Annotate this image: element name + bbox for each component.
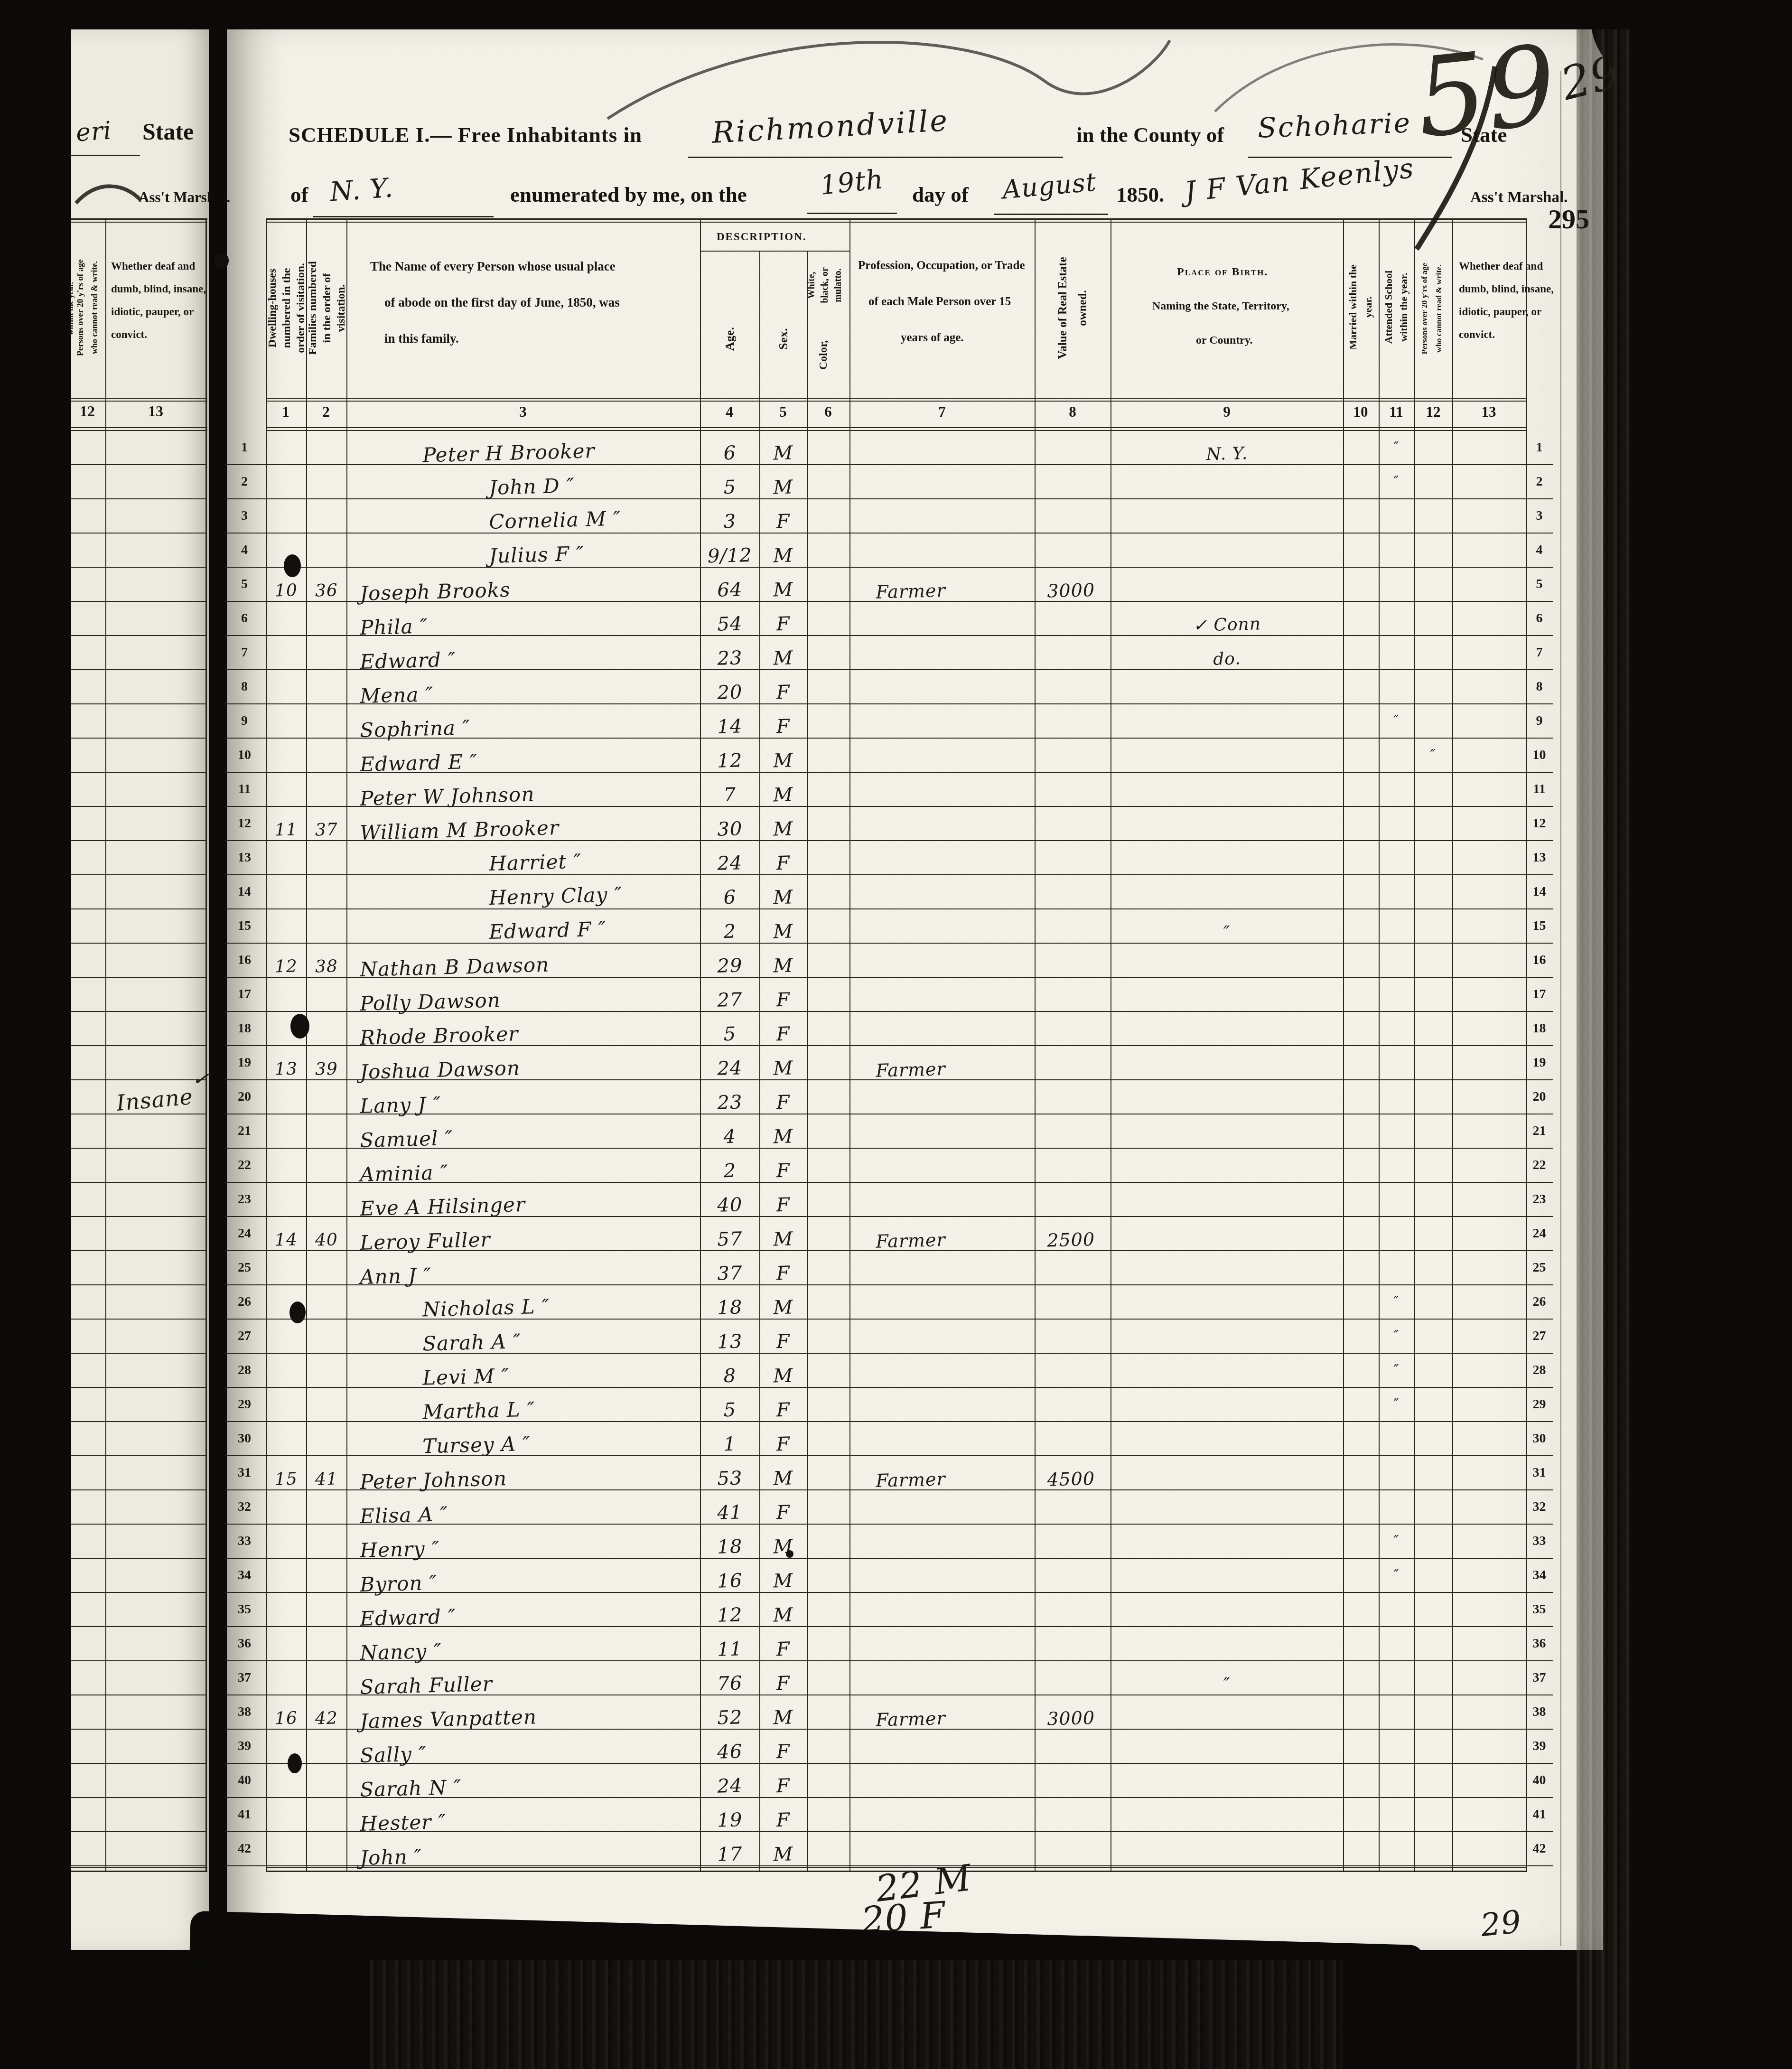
scan-border-top bbox=[0, 0, 1792, 29]
scan-border-left bbox=[0, 0, 71, 2069]
scan-border-right bbox=[1628, 0, 1792, 2069]
bottom-page-note: 29 bbox=[1479, 1906, 1523, 1942]
census-scan-sheet: eri State Ass't Marshal. within the year… bbox=[0, 0, 1792, 2069]
pen-flourishes bbox=[0, 0, 1792, 2069]
book-gutter bbox=[209, 0, 227, 2069]
